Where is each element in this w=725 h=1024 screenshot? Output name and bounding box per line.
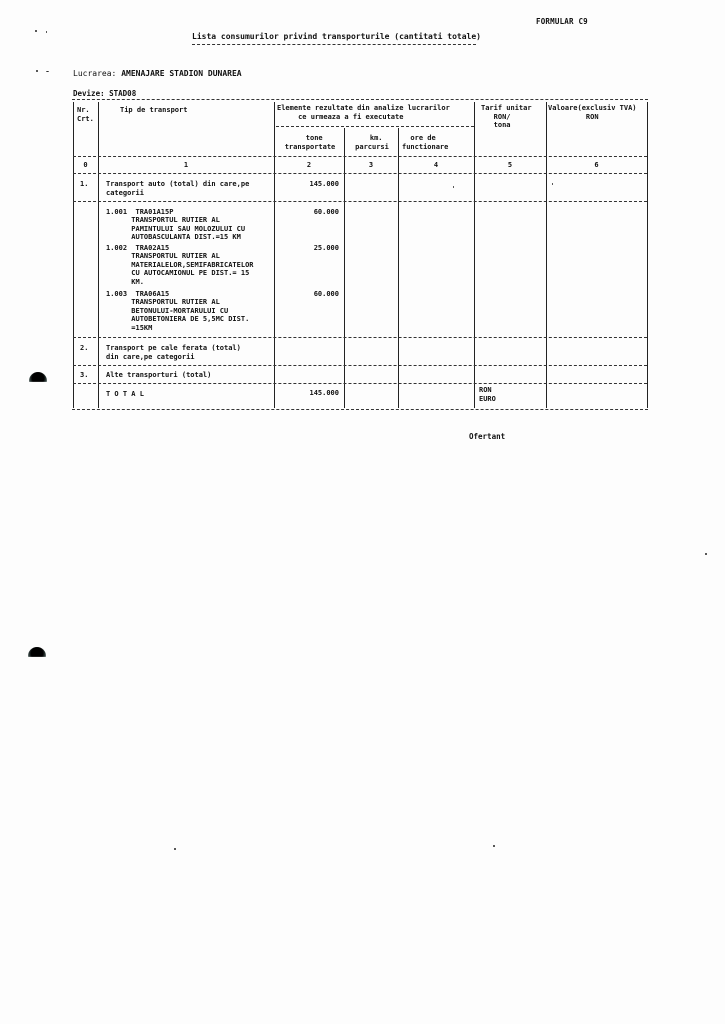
document-title: Lista consumurilor privind transporturil… — [192, 32, 481, 41]
row-divider — [73, 201, 647, 202]
scan-speck — [493, 845, 495, 847]
table-bottom-rule — [72, 409, 648, 410]
punch-hole-icon — [29, 372, 47, 390]
header-nr-crt: Nr. Crt. — [77, 106, 94, 123]
header-ore: ore de functionare — [402, 134, 448, 151]
colnum-2: 2 — [274, 161, 344, 170]
colnum-6: 6 — [546, 161, 647, 170]
col-divider — [398, 128, 399, 408]
scan-speck — [453, 186, 454, 188]
row-divider — [73, 383, 647, 384]
col-divider — [98, 102, 99, 408]
row3-tip: Alte transporturi (total) — [106, 371, 211, 380]
colnum-1: 1 — [98, 161, 274, 170]
scan-speck — [46, 71, 49, 72]
item-1002-tone: 25.000 — [276, 244, 339, 253]
scan-speck — [705, 553, 707, 555]
item-1003-desc: TRANSPORTUL RUTIER AL BETONULUI-MORTARUL… — [106, 298, 249, 332]
devize-label: Devize: — [73, 89, 105, 98]
scan-speck — [174, 848, 176, 850]
header-km: km. parcursi — [346, 134, 398, 151]
total-tone: 145.000 — [276, 389, 339, 398]
header-tone: tone transportate — [276, 134, 344, 151]
item-1003-tone: 60.000 — [276, 290, 339, 299]
row-divider — [73, 156, 647, 157]
form-code: FORMULAR C9 — [536, 17, 588, 26]
title-underline — [192, 44, 476, 45]
header-tip-transport: Tip de transport — [120, 106, 187, 115]
row2-nr: 2. — [80, 344, 88, 353]
col-divider — [73, 102, 74, 408]
ofertant-signature-label: Ofertant — [469, 432, 505, 441]
table-top-rule — [72, 99, 648, 100]
scan-speck — [36, 70, 38, 72]
lucrarea-value: AMENAJARE STADION DUNAREA — [121, 69, 241, 78]
total-currencies: RON EURO — [479, 386, 496, 403]
devize-value: STAD08 — [109, 89, 136, 98]
colnum-3: 3 — [344, 161, 398, 170]
devize-line: Devize: STAD08 — [73, 89, 136, 98]
row1-tip: Transport auto (total) din care,pe categ… — [106, 180, 249, 197]
colnum-5: 5 — [474, 161, 546, 170]
lucrarea-label: Lucrarea: — [73, 69, 116, 78]
row-divider — [73, 365, 647, 366]
header-valoare: Valoare(exclusiv TVA) RON — [548, 104, 637, 121]
row-divider — [73, 337, 647, 338]
header-tarif: Tarif unitar RON/ tona — [481, 104, 532, 130]
lucrarea-line: Lucrarea: AMENAJARE STADION DUNAREA — [73, 69, 242, 78]
col-divider — [647, 102, 648, 408]
total-label: T O T A L — [106, 390, 144, 399]
header-elemente-group: Elemente rezultate din analize lucrarilo… — [277, 104, 450, 121]
row-divider — [276, 126, 474, 127]
punch-hole-icon — [28, 647, 46, 665]
item-1001-tone: 60.000 — [276, 208, 339, 217]
row-divider — [73, 173, 647, 174]
item-1002-desc: TRANSPORTUL RUTIER AL MATERIALELOR,SEMIF… — [106, 252, 254, 286]
row1-tone: 145.000 — [276, 180, 339, 189]
scan-speck — [552, 183, 553, 185]
col-divider — [344, 128, 345, 408]
col-divider — [474, 102, 475, 408]
row2-tip: Transport pe cale ferata (total) din car… — [106, 344, 241, 361]
row3-nr: 3. — [80, 371, 88, 380]
col-divider — [274, 102, 275, 408]
col-divider — [546, 102, 547, 408]
scan-speck — [35, 30, 37, 32]
item-1001-desc: TRANSPORTUL RUTIER AL PAMINTULUI SAU MOL… — [106, 216, 245, 242]
colnum-0: 0 — [73, 161, 98, 170]
row1-nr: 1. — [80, 180, 88, 189]
colnum-4: 4 — [398, 161, 474, 170]
scan-speck — [46, 31, 47, 33]
